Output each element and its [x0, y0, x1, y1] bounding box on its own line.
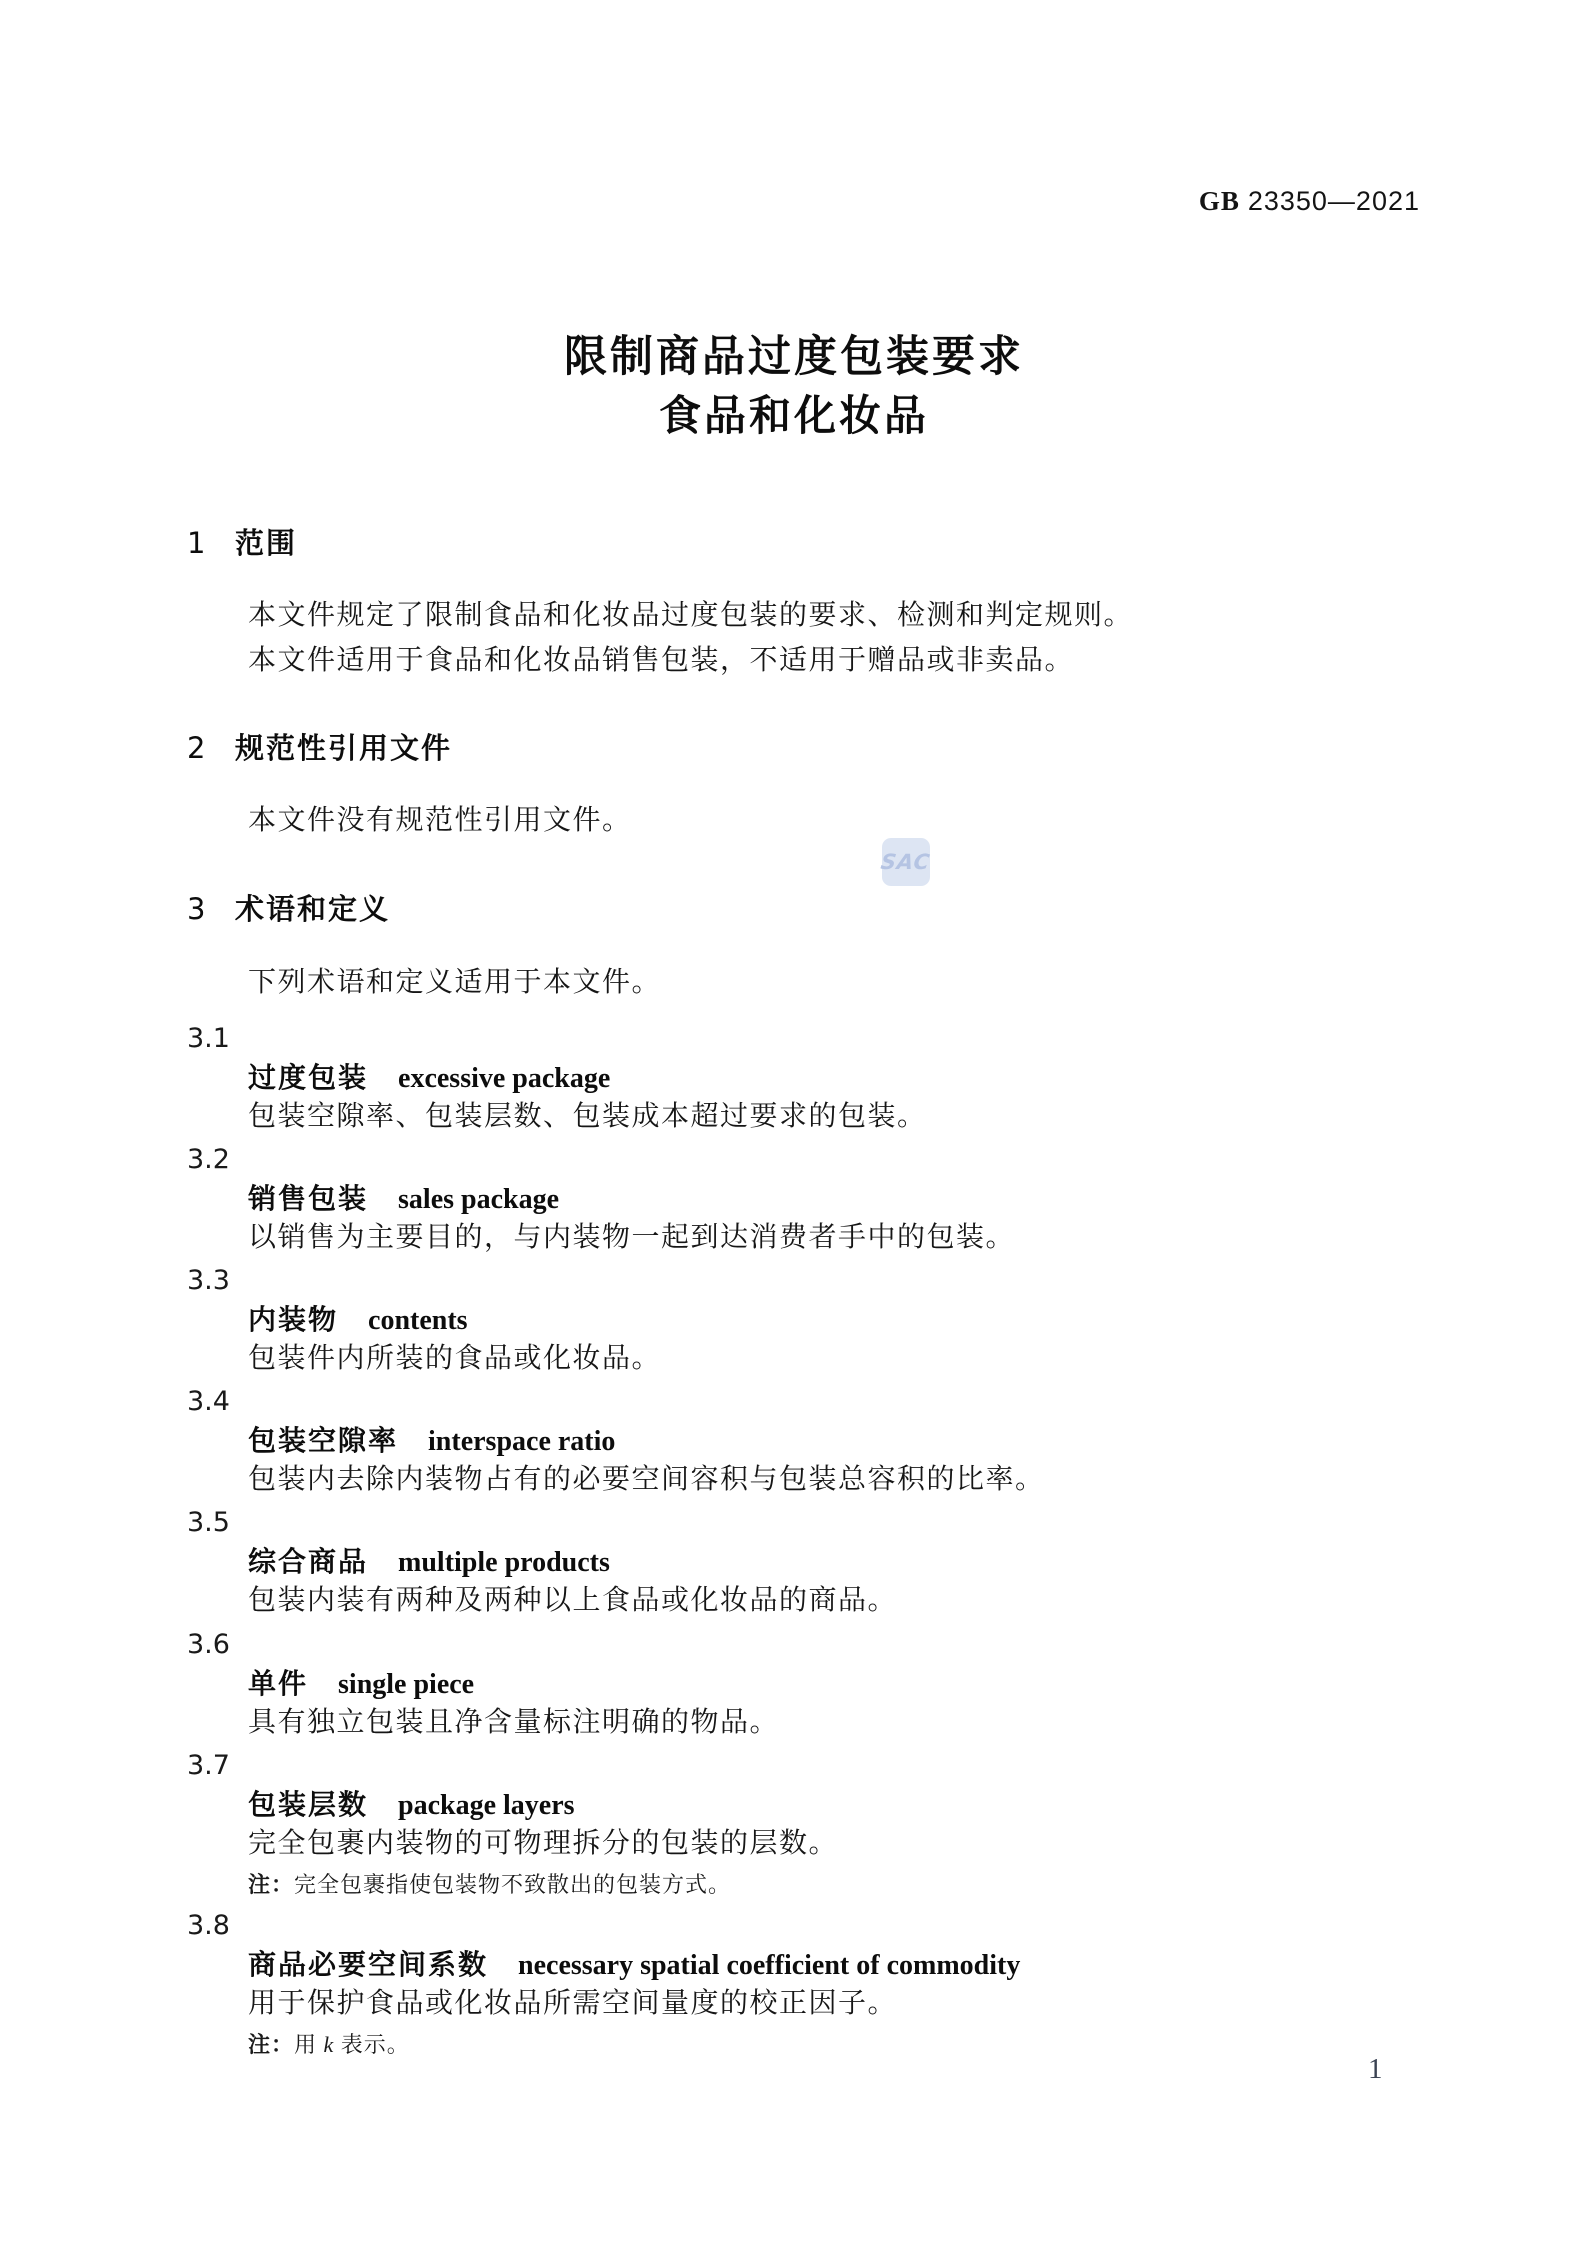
section-3-paragraph-1: 下列术语和定义适用于本文件。 [248, 960, 661, 1005]
term-zh: 内装物 [248, 1303, 338, 1336]
term-title: 商品必要空间系数necessary spatial coefficient of… [187, 1945, 1020, 1984]
note-text-post: 表示。 [334, 2032, 410, 2057]
section-1-paragraph-1: 本文件规定了限制食品和化妆品过度包装的要求、检测和判定规则。 [248, 593, 1133, 638]
term-number: 3.8 [187, 1906, 1020, 1945]
term-definition: 具有独立包装且净含量标注明确的物品。 [187, 1703, 779, 1742]
term-number: 3.4 [187, 1382, 1045, 1421]
term-number: 3.5 [187, 1503, 897, 1542]
term-3-7: 3.7 包装层数package layers 完全包裹内装物的可物理拆分的包装的… [187, 1746, 838, 1901]
term-en: multiple products [398, 1547, 610, 1578]
note-text: 完全包裹指使包装物不致散出的包装方式。 [294, 1872, 731, 1897]
section-1-title: 范围 [235, 526, 297, 560]
doc-number: GB23350—2021 [1199, 186, 1420, 217]
document-title: 限制商品过度包装要求 食品和化妆品 [0, 332, 1588, 441]
term-zh: 过度包装 [248, 1061, 368, 1094]
note-variable-k: k [324, 2032, 335, 2057]
term-number: 3.7 [187, 1746, 838, 1785]
term-en: sales package [398, 1184, 559, 1215]
section-2-heading: 2规范性引用文件 [187, 730, 452, 766]
sac-watermark-icon: SAC [882, 838, 930, 886]
section-1-paragraph-2: 本文件适用于食品和化妆品销售包装，不适用于赠品或非卖品。 [248, 638, 1074, 683]
term-title: 包装空隙率interspace ratio [187, 1421, 1045, 1460]
term-en: single piece [338, 1669, 474, 1700]
term-3-1: 3.1 过度包装excessive package 包装空隙率、包装层数、包装成… [187, 1019, 927, 1136]
sac-watermark-text: SAC [880, 850, 933, 874]
term-3-5: 3.5 综合商品multiple products 包装内装有两种及两种以上食品… [187, 1503, 897, 1620]
term-title: 销售包装sales package [187, 1179, 1015, 1218]
term-definition: 包装件内所装的食品或化妆品。 [187, 1339, 661, 1378]
term-definition: 包装内装有两种及两种以上食品或化妆品的商品。 [187, 1581, 897, 1620]
section-2-number: 2 [187, 730, 235, 766]
term-number: 3.3 [187, 1261, 661, 1300]
term-note: 注：用 k 表示。 [187, 2030, 1020, 2061]
term-en: interspace ratio [428, 1426, 615, 1457]
section-2-paragraph-1: 本文件没有规范性引用文件。 [248, 798, 632, 843]
doc-number-code: 23350—2021 [1248, 186, 1420, 216]
term-zh: 商品必要空间系数 [248, 1948, 488, 1981]
document-page: GB23350—2021 限制商品过度包装要求 食品和化妆品 1范围 本文件规定… [0, 0, 1588, 2245]
section-1-heading: 1范围 [187, 525, 297, 561]
term-title: 包装层数package layers [187, 1785, 838, 1824]
term-zh: 综合商品 [248, 1545, 368, 1578]
term-zh: 单件 [248, 1667, 308, 1700]
term-definition: 完全包裹内装物的可物理拆分的包装的层数。 [187, 1824, 838, 1863]
term-3-2: 3.2 销售包装sales package 以销售为主要目的，与内装物一起到达消… [187, 1140, 1015, 1257]
term-definition: 包装内去除内装物占有的必要空间容积与包装总容积的比率。 [187, 1460, 1045, 1499]
term-note: 注：完全包裹指使包装物不致散出的包装方式。 [187, 1870, 838, 1901]
term-3-4: 3.4 包装空隙率interspace ratio 包装内去除内装物占有的必要空… [187, 1382, 1045, 1499]
term-en: contents [368, 1305, 468, 1336]
term-number: 3.1 [187, 1019, 927, 1058]
term-3-8: 3.8 商品必要空间系数necessary spatial coefficien… [187, 1906, 1020, 2061]
term-en: excessive package [398, 1063, 610, 1094]
term-3-3: 3.3 内装物contents 包装件内所装的食品或化妆品。 [187, 1261, 661, 1378]
term-en: package layers [398, 1790, 575, 1821]
section-2-title: 规范性引用文件 [235, 731, 452, 765]
section-3-heading: 3术语和定义 [187, 891, 390, 927]
page-number: 1 [1368, 2053, 1383, 2086]
title-line-2: 食品和化妆品 [0, 391, 1588, 441]
term-zh: 包装空隙率 [248, 1424, 398, 1457]
note-label: 注： [248, 2033, 294, 2058]
note-label: 注： [248, 1873, 294, 1898]
term-3-6: 3.6 单件single piece 具有独立包装且净含量标注明确的物品。 [187, 1625, 779, 1742]
note-text-pre: 用 [294, 2032, 324, 2057]
term-definition: 用于保护食品或化妆品所需空间量度的校正因子。 [187, 1984, 1020, 2023]
section-3-number: 3 [187, 891, 235, 927]
term-title: 内装物contents [187, 1300, 661, 1339]
term-zh: 销售包装 [248, 1182, 368, 1215]
title-line-1: 限制商品过度包装要求 [0, 332, 1588, 382]
term-number: 3.6 [187, 1625, 779, 1664]
term-number: 3.2 [187, 1140, 1015, 1179]
term-title: 单件single piece [187, 1664, 779, 1703]
section-3-title: 术语和定义 [235, 892, 390, 926]
term-title: 过度包装excessive package [187, 1058, 927, 1097]
term-zh: 包装层数 [248, 1788, 368, 1821]
section-1-number: 1 [187, 525, 235, 561]
term-definition: 以销售为主要目的，与内装物一起到达消费者手中的包装。 [187, 1218, 1015, 1257]
term-definition: 包装空隙率、包装层数、包装成本超过要求的包装。 [187, 1097, 927, 1136]
term-title: 综合商品multiple products [187, 1542, 897, 1581]
term-en: necessary spatial coefficient of commodi… [518, 1950, 1020, 1981]
doc-number-prefix: GB [1199, 186, 1240, 216]
